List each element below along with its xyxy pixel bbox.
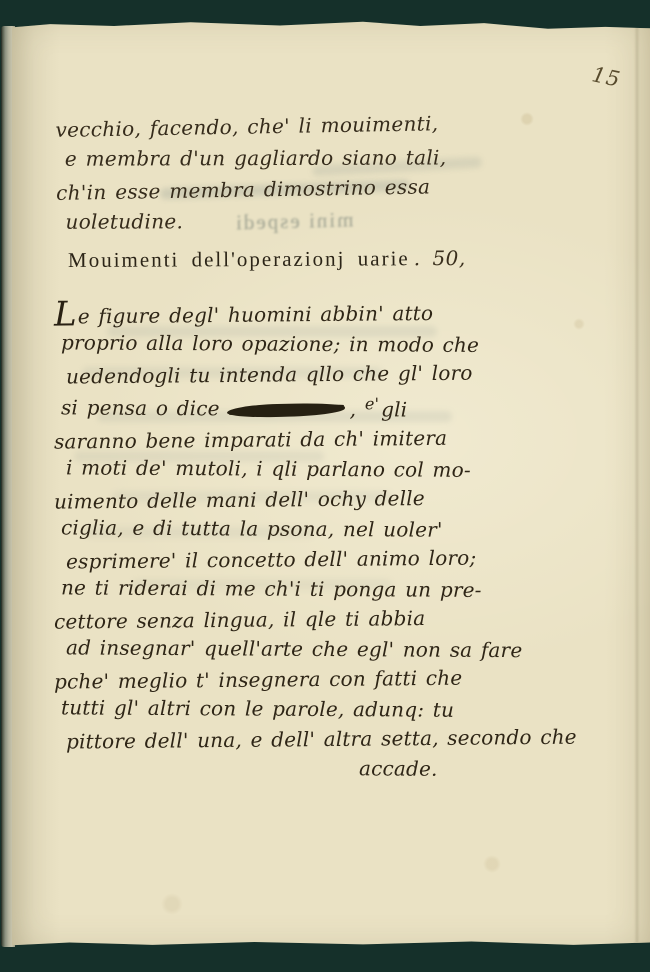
manuscript-line: ad insegnar' quell'arte che egl' non sa … <box>66 632 594 665</box>
chapter-heading-text: Mouimenti dell'operazionj uarie <box>68 246 410 272</box>
manuscript-line: uimento delle mani dell' ochy delle <box>54 481 594 516</box>
manuscript-line: saranno bene imparati da ch' imitera <box>54 421 594 456</box>
manuscript-line: proprio alla loro opazione; in modo che <box>61 327 594 360</box>
chapter-body: Le figure degl' huomini abbin' atto prop… <box>54 295 594 784</box>
manuscript-page: mini espedi 15 vecchio, facendo, che' li… <box>12 19 650 949</box>
manuscript-line: e membra d'un gagliardo siano tali, <box>65 142 506 175</box>
manuscript-line: i moti de' mutoli, i qli parlano col mo- <box>66 452 594 485</box>
manuscript-line-text: , <box>350 397 357 421</box>
manuscript-line: ciglia, e di tutta la psona, nel uoler' <box>61 512 594 545</box>
manuscript-line: uoletudine. <box>65 205 506 238</box>
manuscript-line: uedendogli tu intenda qllo che gl' loro <box>66 356 594 391</box>
manuscript-line: cettore senza lingua, il qle ti abbia <box>54 601 594 636</box>
manuscript-line: pche' meglio t' insegnera con fatti che <box>54 661 594 696</box>
page-crease <box>636 23 638 943</box>
folio-number: 15 <box>590 62 623 91</box>
previous-chapter-end: vecchio, facendo, che' li mouimenti, e m… <box>55 109 506 240</box>
manuscript-line: esprimere' il concetto dell' animo loro; <box>66 541 594 576</box>
manuscript-line: si pensa o dice, e'gli <box>61 387 594 425</box>
chapter-heading: Mouimenti dell'operazionj uarie. 50, <box>68 246 466 273</box>
manuscript-line: vecchio, facendo, che' li mouimenti, <box>55 107 505 146</box>
manuscript-line: ne ti riderai di me ch'i ti ponga un pre… <box>61 572 594 605</box>
manuscript-line: accade. <box>359 753 594 784</box>
manuscript-scan: mini espedi 15 vecchio, facendo, che' li… <box>0 0 650 972</box>
interlinear-insertion: e' <box>365 394 379 413</box>
manuscript-line: ch'in esse membra dimostrino essa <box>56 170 506 209</box>
manuscript-line-text: gli <box>381 397 407 421</box>
manuscript-line-text: si pensa o dice <box>61 395 220 420</box>
manuscript-line: pittore dell' una, e dell' altra setta, … <box>66 721 594 756</box>
manuscript-line: Le figure degl' huomini abbin' atto <box>54 292 594 331</box>
manuscript-line-text: e figure degl' huomini abbin' atto <box>78 301 434 328</box>
chapter-number: . 50, <box>410 246 466 270</box>
inked-out-words <box>227 402 345 418</box>
manuscript-line: tutti gl' altri con le parole, adunq: tu <box>61 692 594 725</box>
